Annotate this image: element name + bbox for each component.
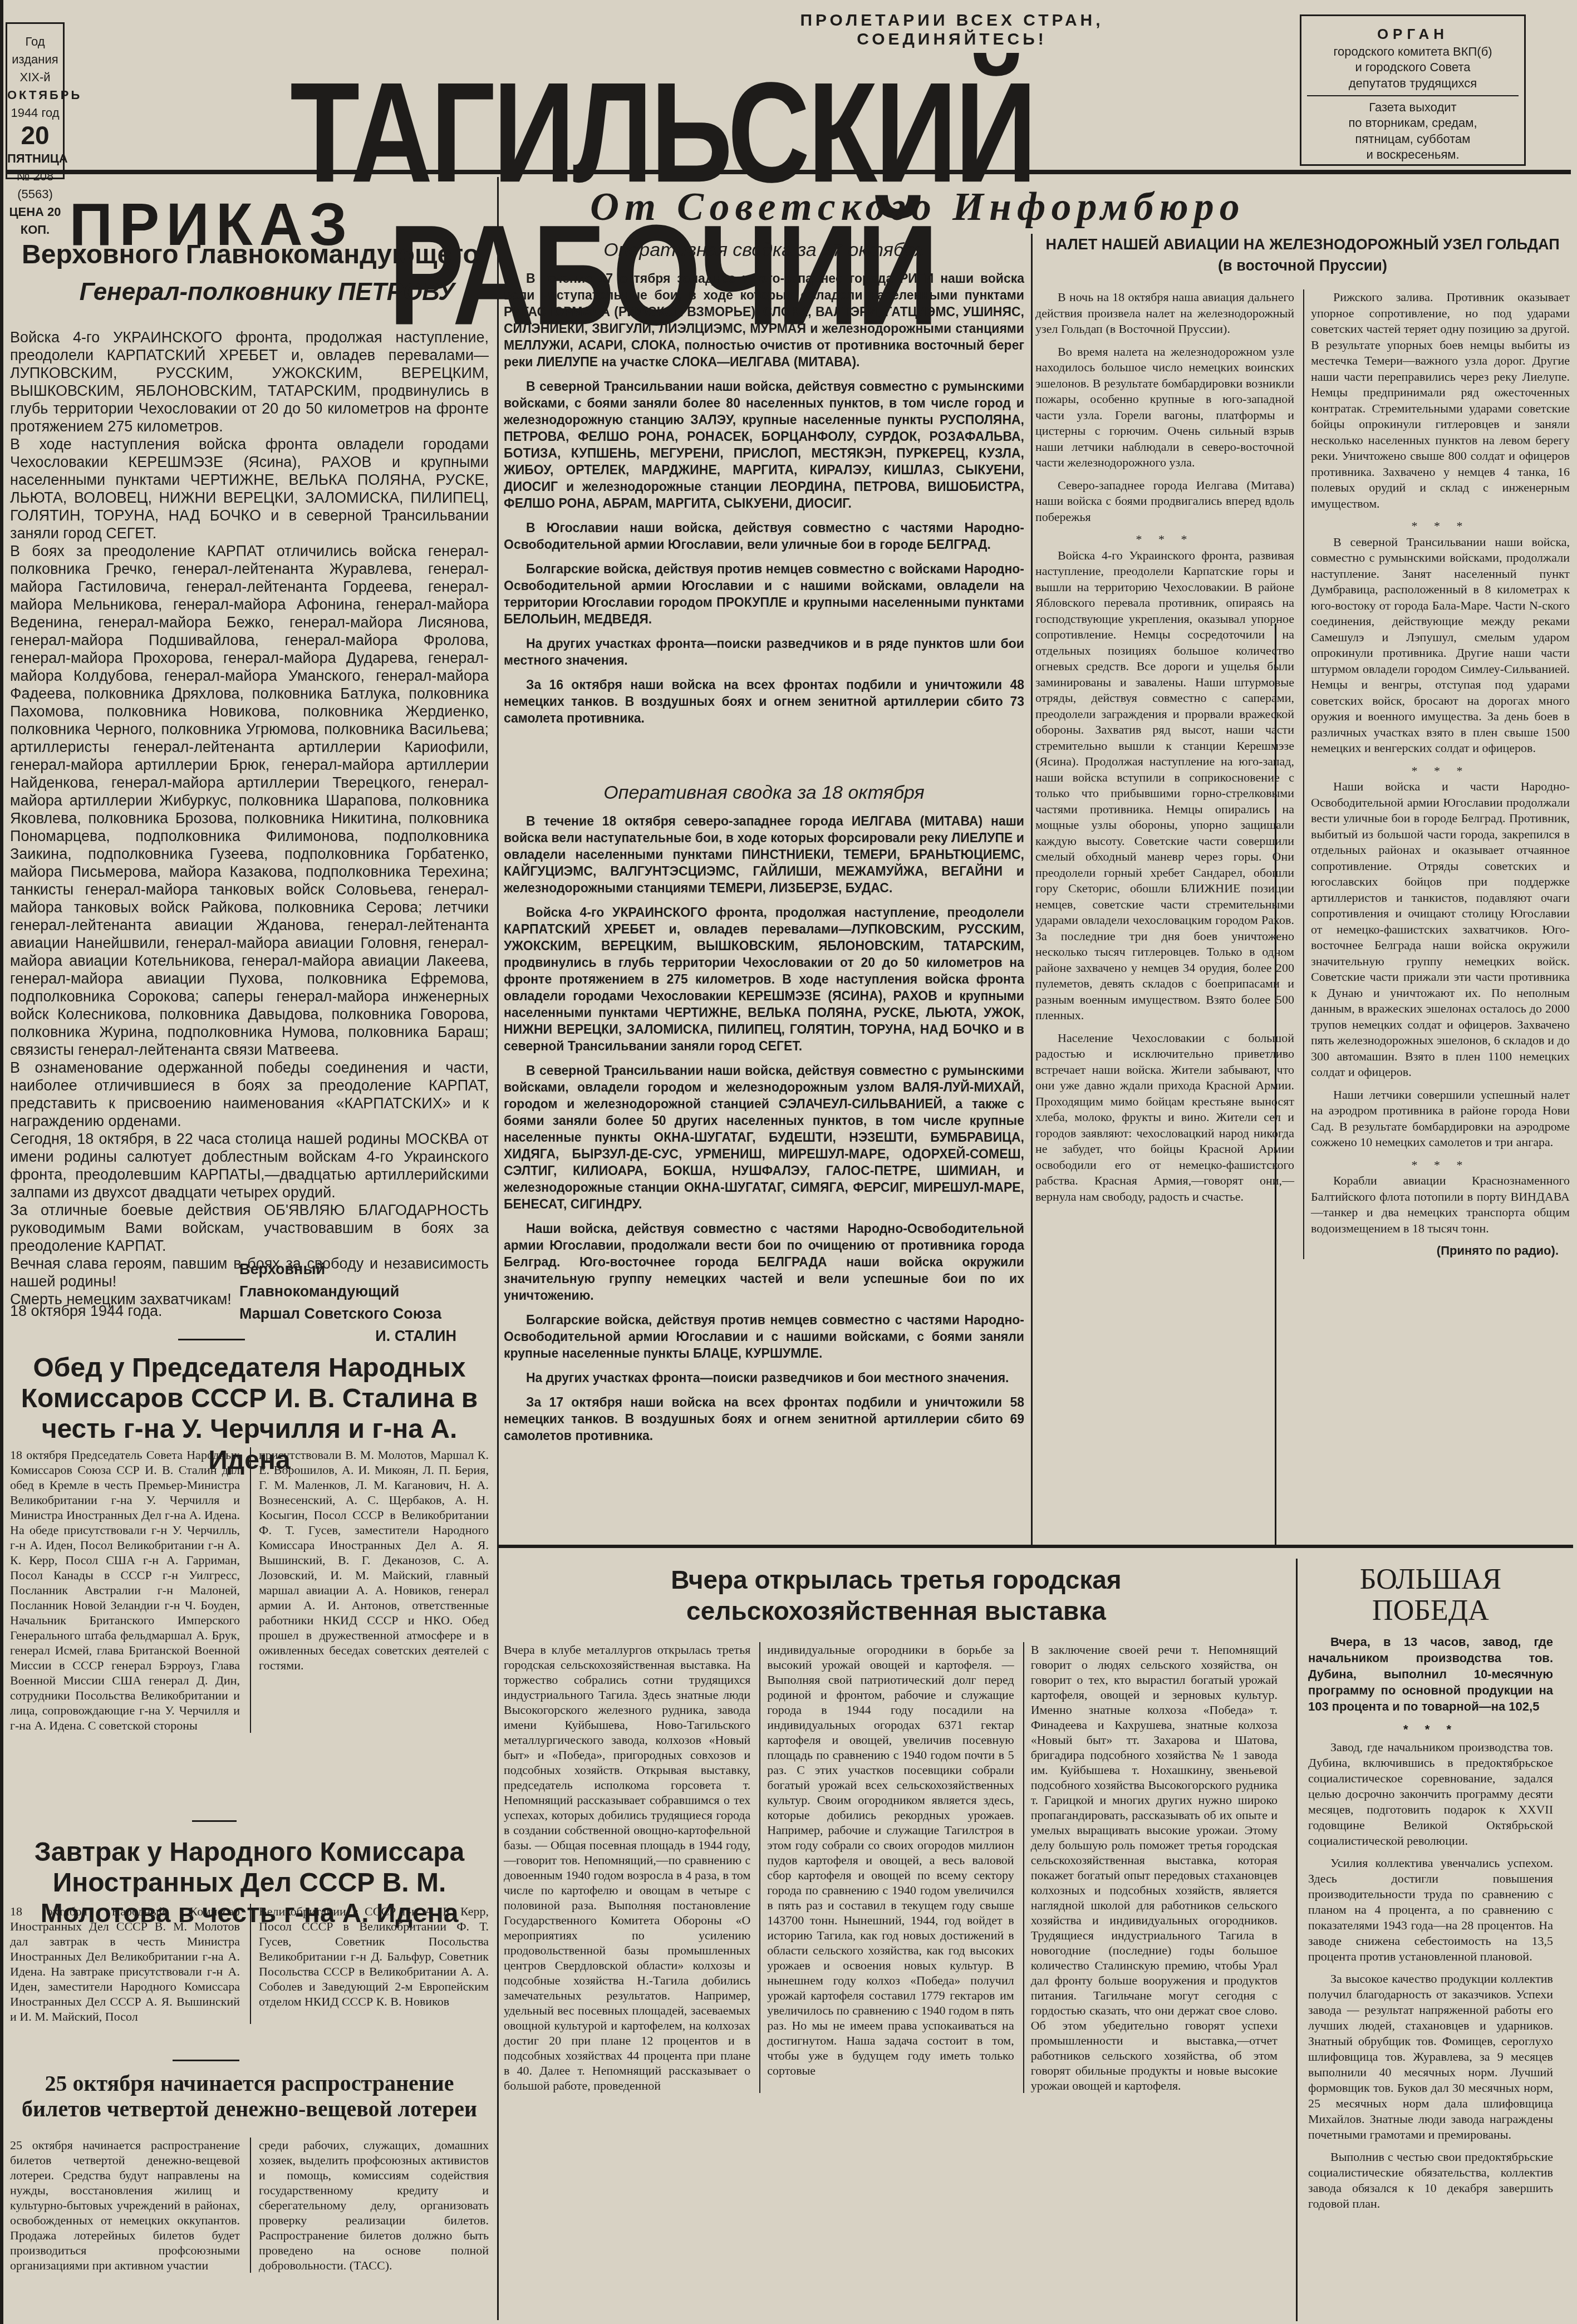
column-divider [1296, 1559, 1298, 2321]
schedule-line: и воскресеньям. [1301, 147, 1524, 163]
organ-heading: ОРГАН [1301, 25, 1524, 44]
pobeda-paragraph: За высокое качество продукции коллектив … [1308, 1971, 1553, 2143]
organ-divider [1307, 95, 1519, 96]
pobeda-paragraph: Усилия коллектива увенчались успехом. Зд… [1308, 1855, 1553, 1964]
svodka-paragraph: На других участках фронта—поиски разведч… [504, 635, 1024, 669]
signature-rank: Маршал Советского Союза [239, 1303, 479, 1325]
zavtrak-body: 18 октября Народный Комиссар Иностранных… [10, 1904, 489, 2024]
lottery-column: 25 октября начинается распространение би… [10, 2138, 240, 2273]
organ-line: депутатов трудящихся [1301, 76, 1524, 92]
svodka-paragraph: На других участках фронта—поиски разведч… [504, 1369, 1024, 1386]
pobeda-paragraph: Завод, где начальником производства тов.… [1308, 1740, 1553, 1849]
svodka-18-title: Оперативная сводка за 18 октября [504, 782, 1024, 804]
source-note: (Принято по радио). [1311, 1243, 1570, 1259]
svodka-paragraph: В Югославии наши войска, действуя совмес… [504, 519, 1024, 553]
prikaz-addressee: Генерал-полковнику ПЕТРОВУ [33, 278, 501, 306]
section-rule [499, 1545, 1573, 1548]
svodka-paragraph: Войска 4-го УКРАИНСКОГО фронта, продолжа… [504, 904, 1024, 1054]
prikaz-signature: Верховный Главнокомандующий Маршал Совет… [239, 1258, 479, 1347]
issue-year: 1944 год [7, 104, 63, 122]
pobeda-headline-line: БОЛЬШАЯ [1308, 1564, 1553, 1595]
svodka-17-title: Оперативная сводка за 17 октября [504, 239, 1024, 261]
column-divider [1031, 234, 1033, 1547]
pobeda-paragraph: Выполнив с честью свои предоктябрьские с… [1308, 2149, 1553, 2212]
asterism: * * * [1035, 532, 1294, 548]
prikaz-paragraph: В боях за преодоление КАРПАТ отличились … [10, 542, 489, 1059]
column-divider [497, 177, 499, 2320]
svodka-paragraph: Болгарские войска, действуя против немце… [504, 1311, 1024, 1362]
section-divider [192, 1820, 237, 1822]
goldap-paragraph: В ночь на 18 октября наша авиация дальне… [1035, 289, 1294, 337]
vystavka-headline-line: сельскохозяйственная выставка [568, 1595, 1225, 1627]
svodka-18-body: В течение 18 октября северо-западнее гор… [504, 813, 1024, 1444]
svodka-paragraph: Болгарские войска, действуя против немце… [504, 561, 1024, 627]
pobeda-body: Завод, где начальником производства тов.… [1308, 1740, 1553, 2218]
asterism: * * * [1311, 518, 1570, 534]
prikaz-subtitle: Верховного Главнокомандующего [11, 239, 490, 270]
goldap-paragraph: Войска 4-го Украинского фронта, развивая… [1035, 548, 1294, 1024]
svodka-18: Оперативная сводка за 18 октября В течен… [504, 782, 1024, 1452]
svodka-paragraph: За 17 октября наши войска на всех фронта… [504, 1394, 1024, 1444]
obed-column: присутствовали В. М. Молотов, Маршал К. … [250, 1447, 489, 1733]
goldap-paragraph: Население Чехословакии с большой радость… [1035, 1030, 1294, 1205]
year-of-issue: Год издания XIX-й [7, 33, 63, 86]
svodka-paragraph: В течение 18 октября северо-западнее гор… [504, 813, 1024, 896]
prikaz-paragraph: Сегодня, 18 октября, в 22 часа столица н… [10, 1130, 489, 1201]
sovinformburo-title: От Советского Информбюро [590, 184, 1570, 230]
signature-name: И. СТАЛИН [239, 1325, 479, 1347]
zavtrak-column: Великобритании в СССР г-н А. К. Керр, По… [250, 1904, 489, 2024]
goldap-column-2: Рижского залива. Противник оказывает упо… [1303, 289, 1570, 1259]
goldap-paragraph: Наши войска и части Народно-Освободитель… [1311, 779, 1570, 1080]
svodka-17-body: В течение 17 октября западнее и юго-запа… [504, 270, 1024, 726]
vystavka-column: индивидуальные огородники в борьбе за вы… [759, 1642, 1014, 2093]
svodka-paragraph: В северной Трансильвании наши войска, де… [504, 1062, 1024, 1212]
vystavka-column: В заключение своей речи т. Непомнящий го… [1023, 1642, 1278, 2093]
ornament-divider [173, 2060, 239, 2061]
lottery-body: 25 октября начинается распространение би… [10, 2138, 489, 2273]
vystavka-headline: Вчера открылась третья городская сельско… [568, 1564, 1225, 1627]
organ-line: городского комитета ВКП(б) [1301, 44, 1524, 60]
prikaz-paragraph: В ходе наступления войска фронта овладел… [10, 435, 489, 542]
organ-line: и городского Совета [1301, 60, 1524, 76]
zavtrak-column: 18 октября Народный Комиссар Иностранных… [10, 1904, 240, 2024]
svodka-paragraph: В северной Трансильвании наши войска, де… [504, 378, 1024, 512]
goldap-paragraph: Северо-западнее города Иелгава (Митава) … [1035, 478, 1294, 525]
ornament-divider [178, 1339, 245, 1340]
svodka-paragraph: В течение 17 октября западнее и юго-запа… [504, 270, 1024, 370]
pobeda-headline: БОЛЬШАЯ ПОБЕДА [1308, 1564, 1553, 1627]
prikaz-paragraph: За отличные боевые действия ОБ'ЯВЛЯЮ БЛА… [10, 1201, 489, 1255]
obed-body: 18 октября Председатель Совета Народных … [10, 1447, 489, 1733]
lottery-headline: 25 октября начинается распространение би… [10, 2071, 489, 2122]
prikaz-date: 18 октября 1944 года. [10, 1303, 162, 1320]
vystavka-body: Вчера в клубе металлургов открылась трет… [504, 1642, 1278, 2093]
svodka-paragraph: За 16 октября наши войска на всех фронта… [504, 676, 1024, 726]
newspaper-slogan: ПРОЛЕТАРИИ ВСЕХ СТРАН, СОЕДИНЯЙТЕСЬ! [701, 11, 1202, 49]
prikaz-paragraph: В ознаменование одержанной победы соедин… [10, 1059, 489, 1130]
prikaz-body: Войска 4-го УКРАИНСКОГО фронта, продолжа… [10, 328, 489, 1308]
goldap-column-1: В ночь на 18 октября наша авиация дальне… [1035, 289, 1294, 1259]
binding-edge [0, 0, 3, 2324]
pobeda-lead: Вчера, в 13 часов, завод, где начальнико… [1308, 1634, 1553, 1737]
goldap-paragraph: Рижского залива. Противник оказывает упо… [1311, 289, 1570, 512]
schedule-line: по вторникам, средам, [1301, 115, 1524, 131]
masthead-rule [7, 170, 1571, 174]
vystavka-column: Вчера в клубе металлургов открылась трет… [504, 1642, 750, 2093]
lottery-column: среди рабочих, служащих, домашних хозяек… [250, 2138, 489, 2273]
asterism: * * * [1311, 763, 1570, 779]
goldap-body: В ночь на 18 октября наша авиация дальне… [1035, 289, 1570, 1259]
pobeda-lead-text: Вчера, в 13 часов, завод, где начальнико… [1308, 1634, 1553, 1714]
obed-column: 18 октября Председатель Совета Народных … [10, 1447, 240, 1733]
issue-day: 20 [7, 121, 63, 150]
goldap-paragraph: Наши летчики совершили успешный налет на… [1311, 1087, 1570, 1151]
goldap-headline: НАЛЕТ НАШЕЙ АВИАЦИИ НА ЖЕЛЕЗНОДОРОЖНЫЙ У… [1041, 234, 1564, 276]
issue-month: ОКТЯБРЬ [7, 86, 63, 104]
prikaz-paragraph: Войска 4-го УКРАИНСКОГО фронта, продолжа… [10, 328, 489, 435]
asterism: * * * [1308, 1721, 1553, 1737]
goldap-paragraph: Корабли авиации Краснознаменного Балтийс… [1311, 1173, 1570, 1236]
schedule-line: пятницам, субботам [1301, 131, 1524, 148]
svodka-paragraph: Наши войска, действуя совместно с частям… [504, 1220, 1024, 1304]
publisher-organ-box: ОРГАН городского комитета ВКП(б) и город… [1300, 14, 1526, 166]
schedule-line: Газета выходит [1301, 100, 1524, 116]
issue-weekday: ПЯТНИЦА [7, 150, 63, 168]
goldap-paragraph: В северной Трансильвании наши войска, со… [1311, 534, 1570, 756]
pobeda-headline-line: ПОБЕДА [1308, 1595, 1553, 1627]
edition-info-box: Год издания XIX-й ОКТЯБРЬ 1944 год 20 ПЯ… [6, 22, 65, 179]
vystavka-headline-line: Вчера открылась третья городская [568, 1564, 1225, 1595]
svodka-17: Оперативная сводка за 17 октября В течен… [504, 239, 1024, 734]
goldap-paragraph: Во время налета на железнодорожном узле … [1035, 344, 1294, 471]
asterism: * * * [1311, 1157, 1570, 1173]
signature-title: Верховный Главнокомандующий [239, 1258, 479, 1303]
